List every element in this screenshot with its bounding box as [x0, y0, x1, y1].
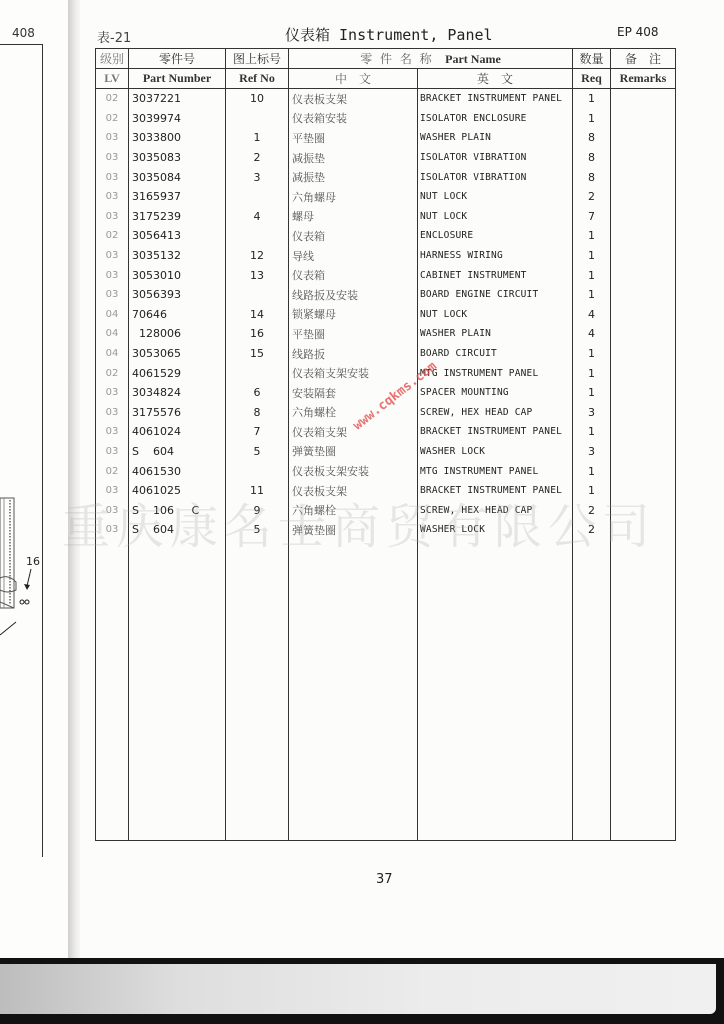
cell-ref: 15: [226, 344, 289, 364]
table-row: 0340610247仪表箱支架BRACKET INSTRUMENT PANEL1: [96, 422, 676, 442]
cell-lv: 03: [96, 422, 129, 442]
cell-remarks: [611, 324, 676, 344]
cell-cn: 锁紧螺母: [289, 305, 418, 325]
table-row: 033165937六角螺母NUT LOCK2: [96, 187, 676, 207]
cell-req: 1: [573, 109, 611, 129]
cell-lv: 03: [96, 128, 129, 148]
table-row: 03S 6045弹簧垫圈WASHER LOCK3: [96, 442, 676, 462]
cell-part-number: 128006: [129, 324, 226, 344]
cell-ref: [226, 226, 289, 246]
cell-part-number: 3037221: [129, 89, 226, 109]
cell-cn: 螺母: [289, 207, 418, 227]
cell-cn: 减振垫: [289, 148, 418, 168]
cell-lv: 03: [96, 246, 129, 266]
cell-part-number: 4061530: [129, 461, 226, 481]
table-row: 047064614锁紧螺母NUT LOCK4: [96, 305, 676, 325]
cell-cn: 平垫圈: [289, 324, 418, 344]
cell-req: 4: [573, 324, 611, 344]
cell-en: WASHER LOCK: [418, 442, 573, 462]
cell-req: 1: [573, 461, 611, 481]
cell-en: NUT LOCK: [418, 187, 573, 207]
cell-ref: 13: [226, 265, 289, 285]
cell-en: ENCLOSURE: [418, 226, 573, 246]
cell-req: 8: [573, 128, 611, 148]
table-row: 0331752394螺母NUT LOCK7: [96, 207, 676, 227]
cell-part-number: 4061529: [129, 363, 226, 383]
cell-remarks: [611, 167, 676, 187]
cell-req: 1: [573, 246, 611, 266]
cell-en: BOARD ENGINE CIRCUIT: [418, 285, 573, 305]
table-row: 04 12800616平垫圈WASHER PLAIN4: [96, 324, 676, 344]
cell-part-number: 3056393: [129, 285, 226, 305]
cell-lv: 03: [96, 148, 129, 168]
cell-req: 1: [573, 344, 611, 364]
cell-en: HARNESS WIRING: [418, 246, 573, 266]
exploded-diagram-fragment: 16: [0, 490, 68, 640]
cell-en: BOARD CIRCUIT: [418, 344, 573, 364]
col-lv-en: LV: [96, 69, 129, 89]
cell-req: 1: [573, 226, 611, 246]
facing-page: 408 16: [0, 0, 69, 958]
cell-lv: 02: [96, 461, 129, 481]
cell-ref: [226, 187, 289, 207]
cell-remarks: [611, 89, 676, 109]
cell-cn: 减振垫: [289, 167, 418, 187]
cell-remarks: [611, 383, 676, 403]
table-row: 023039974仪表箱安装ISOLATOR ENCLOSURE1: [96, 109, 676, 129]
cell-lv: 04: [96, 344, 129, 364]
cell-part-number: 3175576: [129, 403, 226, 423]
cell-cn: 线路扳: [289, 344, 418, 364]
cell-lv: 02: [96, 363, 129, 383]
cell-cn: 弹簧垫圈: [289, 442, 418, 462]
cell-en: MTG INSTRUMENT PANEL: [418, 363, 573, 383]
page-stack-edge: [0, 958, 724, 1024]
cell-part-number: 3035132: [129, 246, 226, 266]
cell-req: 3: [573, 442, 611, 462]
cell-en: BRACKET INSTRUMENT PANEL: [418, 422, 573, 442]
cell-ref: 14: [226, 305, 289, 325]
cell-cn: 仪表箱: [289, 226, 418, 246]
col-chinese: 中 文: [289, 69, 418, 89]
col-req-cn: 数量: [573, 49, 611, 69]
table-row: 0330338001平垫圈WASHER PLAIN8: [96, 128, 676, 148]
cell-en: WASHER PLAIN: [418, 324, 573, 344]
cell-ref: 8: [226, 403, 289, 423]
col-english: 英 文: [418, 69, 573, 89]
cell-cn: 六角螺母: [289, 187, 418, 207]
parts-table: 级别 零件号 图上标号 零 件 名 称 Part Name 数量 备 注 LV …: [95, 48, 676, 841]
cell-req: 4: [573, 305, 611, 325]
book-gutter: [68, 0, 80, 958]
cell-remarks: [611, 461, 676, 481]
cell-req: 1: [573, 422, 611, 442]
cell-ref: 3: [226, 167, 289, 187]
table-row: 0330350832减振垫ISOLATOR VIBRATION8: [96, 148, 676, 168]
cell-req: 3: [573, 403, 611, 423]
cell-cn: 平垫圈: [289, 128, 418, 148]
cell-part-number: 3165937: [129, 187, 226, 207]
cell-remarks: [611, 187, 676, 207]
cell-lv: 02: [96, 109, 129, 129]
cell-req: 1: [573, 383, 611, 403]
table-row: 04305306515线路扳BOARD CIRCUIT1: [96, 344, 676, 364]
cell-remarks: [611, 128, 676, 148]
cell-lv: 03: [96, 187, 129, 207]
col-part-number-cn: 零件号: [129, 49, 226, 69]
table-row: 02303722110仪表板支架BRACKET INSTRUMENT PANEL…: [96, 89, 676, 109]
cell-lv: 04: [96, 324, 129, 344]
cell-ref: 16: [226, 324, 289, 344]
cell-remarks: [611, 148, 676, 168]
cell-ref: [226, 363, 289, 383]
cell-part-number: 3034824: [129, 383, 226, 403]
cell-cn: 仪表板支架安装: [289, 461, 418, 481]
table-row: 033056393线路扳及安装BOARD ENGINE CIRCUIT1: [96, 285, 676, 305]
cell-ref: 12: [226, 246, 289, 266]
cell-lv: 03: [96, 207, 129, 227]
cell-en: NUT LOCK: [418, 207, 573, 227]
facing-page-number: 408: [12, 26, 35, 40]
cell-remarks: [611, 305, 676, 325]
facing-page-frame: [0, 44, 43, 857]
cell-ref: 6: [226, 383, 289, 403]
cell-part-number: 4061024: [129, 422, 226, 442]
cell-cn: 仪表箱支架安装: [289, 363, 418, 383]
cell-cn: 导线: [289, 246, 418, 266]
table-row: 024061530仪表板支架安装MTG INSTRUMENT PANEL1: [96, 461, 676, 481]
cell-remarks: [611, 246, 676, 266]
cell-remarks: [611, 363, 676, 383]
cell-ref: [226, 109, 289, 129]
cell-remarks: [611, 207, 676, 227]
cell-part-number: 3035084: [129, 167, 226, 187]
cell-lv: 03: [96, 285, 129, 305]
lower-sheet: [0, 964, 716, 1014]
col-ref-no-en: Ref No: [226, 69, 289, 89]
page-title: 仪表箱 Instrument, Panel: [285, 24, 493, 45]
cell-remarks: [611, 226, 676, 246]
cell-en: BRACKET INSTRUMENT PANEL: [418, 89, 573, 109]
cell-en: CABINET INSTRUMENT: [418, 265, 573, 285]
cell-en: ISOLATOR VIBRATION: [418, 148, 573, 168]
col-remarks-en: Remarks: [611, 69, 676, 89]
cell-lv: 02: [96, 89, 129, 109]
cell-lv: 03: [96, 265, 129, 285]
cell-lv: 03: [96, 442, 129, 462]
cell-ref: [226, 285, 289, 305]
cell-remarks: [611, 265, 676, 285]
cell-part-number: 3053065: [129, 344, 226, 364]
cell-lv: 04: [96, 305, 129, 325]
cell-req: 8: [573, 167, 611, 187]
cell-part-number: 3039974: [129, 109, 226, 129]
cell-remarks: [611, 344, 676, 364]
cell-lv: 03: [96, 167, 129, 187]
cell-en: NUT LOCK: [418, 305, 573, 325]
cell-lv: 03: [96, 403, 129, 423]
table-row: 023056413仪表箱ENCLOSURE1: [96, 226, 676, 246]
cell-part-number: 3056413: [129, 226, 226, 246]
cell-ref: 7: [226, 422, 289, 442]
cell-remarks: [611, 403, 676, 423]
cell-req: 2: [573, 187, 611, 207]
engine-ref: EP 408: [617, 25, 659, 39]
table-row: 024061529仪表箱支架安装MTG INSTRUMENT PANEL1: [96, 363, 676, 383]
cell-part-number: 70646: [129, 305, 226, 325]
cell-req: 1: [573, 285, 611, 305]
callout-label: 16: [26, 555, 40, 568]
cell-req: 7: [573, 207, 611, 227]
cell-part-number: 3033800: [129, 128, 226, 148]
cell-part-number: 3053010: [129, 265, 226, 285]
col-part-number-en: Part Number: [129, 69, 226, 89]
col-remarks-cn: 备 注: [611, 49, 676, 69]
cell-ref: 1: [226, 128, 289, 148]
company-watermark: 重庆康名士商贸有限公司: [62, 488, 656, 557]
cell-cn: 仪表板支架: [289, 89, 418, 109]
cell-req: 1: [573, 265, 611, 285]
cell-en: SPACER MOUNTING: [418, 383, 573, 403]
cell-lv: 03: [96, 383, 129, 403]
cell-ref: 4: [226, 207, 289, 227]
cell-req: 8: [573, 148, 611, 168]
cell-req: 1: [573, 363, 611, 383]
col-lv-cn: 级别: [96, 49, 129, 69]
cell-req: 1: [573, 89, 611, 109]
cell-ref: [226, 461, 289, 481]
cell-part-number: 3035083: [129, 148, 226, 168]
cell-remarks: [611, 285, 676, 305]
cell-part-number: 3175239: [129, 207, 226, 227]
cell-part-number: S 604: [129, 442, 226, 462]
cell-ref: 10: [226, 89, 289, 109]
cell-remarks: [611, 442, 676, 462]
cell-ref: 2: [226, 148, 289, 168]
cell-cn: 线路扳及安装: [289, 285, 418, 305]
cell-lv: 02: [96, 226, 129, 246]
cell-en: WASHER PLAIN: [418, 128, 573, 148]
cell-en: ISOLATOR VIBRATION: [418, 167, 573, 187]
table-row: 03303513212导线HARNESS WIRING1: [96, 246, 676, 266]
cell-en: MTG INSTRUMENT PANEL: [418, 461, 573, 481]
page-number: 37: [376, 872, 393, 887]
cell-cn: 仪表箱: [289, 265, 418, 285]
cell-cn: 仪表箱安装: [289, 109, 418, 129]
table-id: 表-21: [97, 27, 131, 46]
cell-remarks: [611, 422, 676, 442]
cell-en: ISOLATOR ENCLOSURE: [418, 109, 573, 129]
cell-en: SCREW, HEX HEAD CAP: [418, 403, 573, 423]
col-part-name-en: Part Name: [445, 52, 501, 66]
table-empty-space: [96, 540, 676, 841]
col-part-name-cn: 零 件 名 称: [360, 52, 433, 66]
col-req-en: Req: [573, 69, 611, 89]
col-ref-no-cn: 图上标号: [226, 49, 289, 69]
cell-ref: 5: [226, 442, 289, 462]
table-row: 03305301013仪表箱CABINET INSTRUMENT1: [96, 265, 676, 285]
col-part-name: 零 件 名 称 Part Name: [289, 49, 573, 69]
cell-remarks: [611, 109, 676, 129]
table-row: 0330350843减振垫ISOLATOR VIBRATION8: [96, 167, 676, 187]
